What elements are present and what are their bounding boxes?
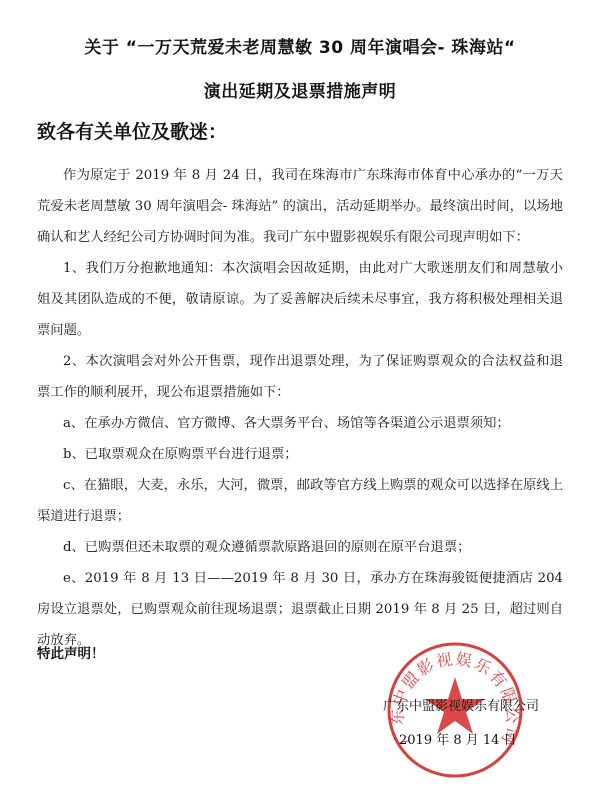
measure-d: d、已购票但还未取票的观众遵循票款原路退回的原则在原平台退票； — [37, 532, 563, 563]
closing-statement: 特此声明！ — [37, 642, 105, 662]
measure-c: c、在猫眼，大麦，永乐，大河，微票，邮政等官方线上购票的观众可以选择在原线上渠道… — [37, 470, 563, 532]
measure-a: a、在承办方微信、官方微博、各大票务平台、场馆等各渠道公示退票须知； — [37, 408, 563, 439]
document-page: 关于 “一万天荒爱未老周慧敏 30 周年演唱会- 珠海站“ 演出延期及退票措施声… — [0, 0, 600, 791]
intro-paragraph: 作为原定于 2019 年 8 月 24 日，我司在珠海市广东珠海市体育中心承办的… — [37, 160, 563, 253]
signature-date: 2019 年 8 月 14 日 — [399, 729, 517, 748]
document-title-line2: 演出延期及退票措施声明 — [0, 77, 600, 102]
document-title-line1: 关于 “一万天荒爱未老周慧敏 30 周年演唱会- 珠海站“ — [0, 33, 600, 58]
point-1-paragraph: 1、我们万分抱歉地通知：本次演唱会因故延期，由此对广大歌迷朋友们和周慧敏小姐及其… — [37, 253, 563, 346]
point-2-paragraph: 2、本次演唱会对外公开售票，现作出退票处理，为了保证购票观众的合法权益和退票工作… — [37, 346, 563, 408]
document-body: 作为原定于 2019 年 8 月 24 日，我司在珠海市广东珠海市体育中心承办的… — [37, 160, 563, 656]
salutation: 致各有关单位及歌迷： — [37, 117, 227, 144]
signature-company: 广东中盟影视娱乐有限公司 — [383, 695, 539, 714]
measure-b: b、已取票观众在原购票平台进行退票； — [37, 439, 563, 470]
